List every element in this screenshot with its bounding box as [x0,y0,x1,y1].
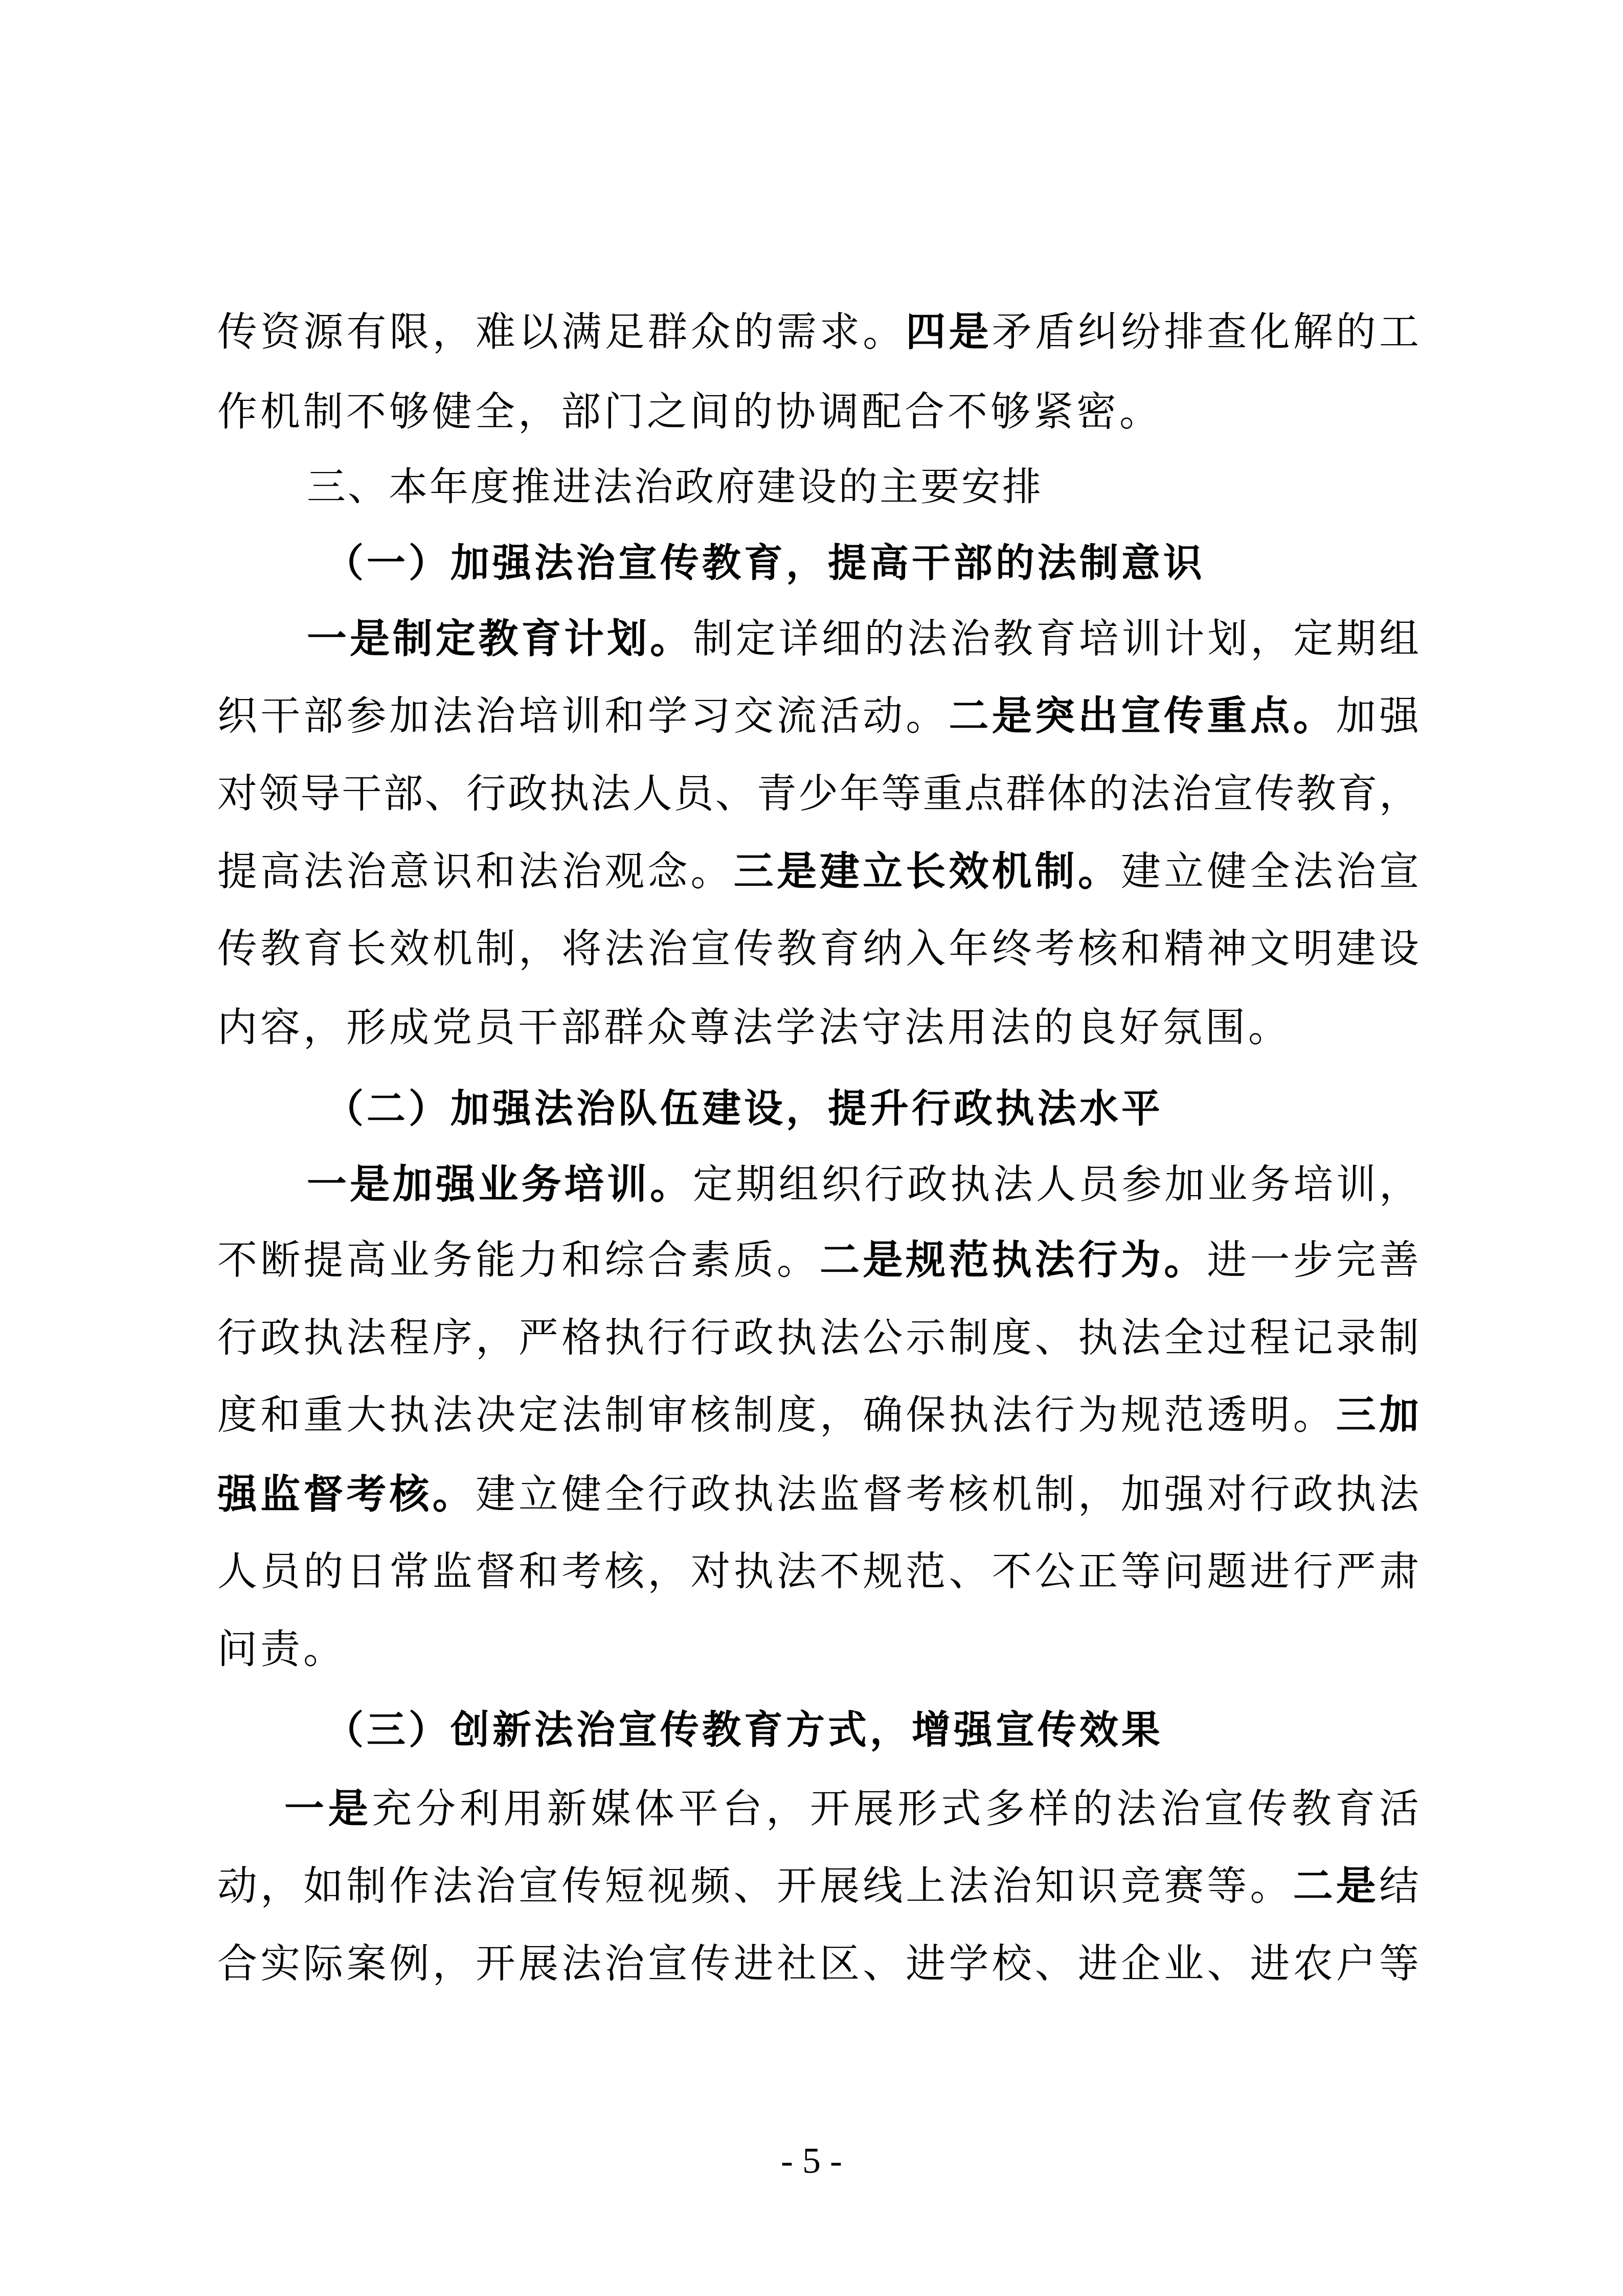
bold-run: 三加 [1336,1392,1419,1438]
document-page: 传资源有限，难以满足群众的需求。四是矛盾纠纷排查化解的工 作机制不够健全，部门之… [0,0,1623,2296]
body-line: 作机制不够健全，部门之间的协调配合不够紧密。 [217,373,1419,451]
text-run: 进一步完善 [1207,1237,1419,1284]
page-number: - 5 - [0,2135,1623,2186]
body-line: 动，如制作法治宣传短视频、开展线上法治知识竞赛等。二是结 [217,1848,1419,1925]
body-line: 对领导干部、行政执法人员、青少年等重点群体的法治宣传教育， [217,755,1419,833]
bold-run: 三是建立长效机制。 [734,848,1121,895]
bold-run: 一是 [284,1786,372,1832]
text-run: 充分利用新媒体平台，开展形式多样的法治宣传教育活 [372,1786,1419,1832]
body-line: 提高法治意识和法治观念。三是建立长效机制。建立健全法治宣 [217,833,1419,911]
body-line: 一是充分利用新媒体平台，开展形式多样的法治宣传教育活 [284,1770,1419,1848]
text-run: 建立健全行政执法监督考核机制，加强对行政执法 [476,1472,1419,1518]
bold-run: 一是制定教育计划。 [307,616,693,662]
body-line: 行政执法程序，严格执行行政执法公示制度、执法全过程记录制 [217,1299,1419,1377]
text-run: 问责。 [217,1627,346,1673]
body-line: 强监督考核。建立健全行政执法监督考核机制，加强对行政执法 [217,1456,1419,1534]
text-run: 内容，形成党员干部群众尊法学法守法用法的良好氛围。 [217,1005,1291,1051]
subsection-heading: （一）加强法治宣传教育，提高干部的法制意识 [325,524,1205,602]
bold-run: 二是规范执法行为。 [820,1237,1207,1284]
bold-run: 强监督考核。 [217,1471,476,1518]
text-run: 制定详细的法治教育培训计划，定期组 [693,616,1419,662]
subsection-heading: （三）创新法治宣传教育方式，增强宣传效果 [325,1691,1163,1769]
text-run: 不断提高业务能力和综合素质。 [217,1237,820,1284]
text-run: 定期组织行政执法人员参加业务培训， [693,1162,1419,1208]
section-heading: 三、本年度推进法治政府建设的主要安排 [307,448,1043,526]
body-line: 内容，形成党员干部群众尊法学法守法用法的良好氛围。 [217,989,1419,1067]
text-run: 提高法治意识和法治观念。 [217,849,734,895]
text-run: 传教育长效机制，将法治宣传教育纳入年终考核和精神文明建设 [217,926,1419,972]
text-run: 作机制不够健全，部门之间的协调配合不够紧密。 [217,389,1162,435]
text-run: 建立健全法治宣 [1121,849,1419,895]
text-run: 结 [1379,1863,1419,1909]
text-run: 对领导干部、行政执法人员、青少年等重点群体的法治宣传教育， [217,771,1419,817]
text-run: 动，如制作法治宣传短视频、开展线上法治知识竞赛等。 [217,1863,1293,1909]
text-run: 加强 [1336,693,1419,739]
text-run: 合实际案例，开展法治宣传进社区、进学校、进企业、进农户等 [217,1941,1419,1987]
body-line: 一是制定教育计划。制定详细的法治教育培训计划，定期组 [307,600,1419,678]
text-run: 人员的日常监督和考核，对执法不规范、不公正等问题进行严肃 [217,1549,1419,1595]
text-run: 织干部参加法治培训和学习交流活动。 [217,693,949,739]
body-line: 问责。 [217,1611,1419,1689]
body-line: 不断提高业务能力和综合素质。二是规范执法行为。进一步完善 [217,1222,1419,1299]
bold-run: 二是突出宣传重点。 [949,693,1336,739]
body-line: 度和重大执法决定法制审核制度，确保执法行为规范透明。三加 [217,1377,1419,1454]
body-line: 传教育长效机制，将法治宣传教育纳入年终考核和精神文明建设 [217,910,1419,988]
text-run: 行政执法程序，严格执行行政执法公示制度、执法全过程记录制 [217,1315,1419,1361]
text-run: 度和重大执法决定法制审核制度，确保执法行为规范透明。 [217,1392,1336,1438]
text-run: 传资源有限，难以满足群众的需求。 [217,309,906,355]
body-line: 一是加强业务培训。定期组织行政执法人员参加业务培训， [307,1146,1419,1224]
bold-run: 二是 [1293,1863,1379,1909]
text-run: 矛盾纠纷排查化解的工 [992,309,1419,355]
body-line: 织干部参加法治培训和学习交流活动。二是突出宣传重点。加强 [217,678,1419,755]
bold-run: 四是 [906,309,991,355]
body-line: 合实际案例，开展法治宣传进社区、进学校、进企业、进农户等 [217,1925,1419,2003]
body-line: 人员的日常监督和考核，对执法不规范、不公正等问题进行严肃 [217,1533,1419,1611]
subsection-heading: （二）加强法治队伍建设，提升行政执法水平 [325,1070,1163,1147]
bold-run: 一是加强业务培训。 [307,1161,693,1208]
body-line: 传资源有限，难以满足群众的需求。四是矛盾纠纷排查化解的工 [217,294,1419,371]
